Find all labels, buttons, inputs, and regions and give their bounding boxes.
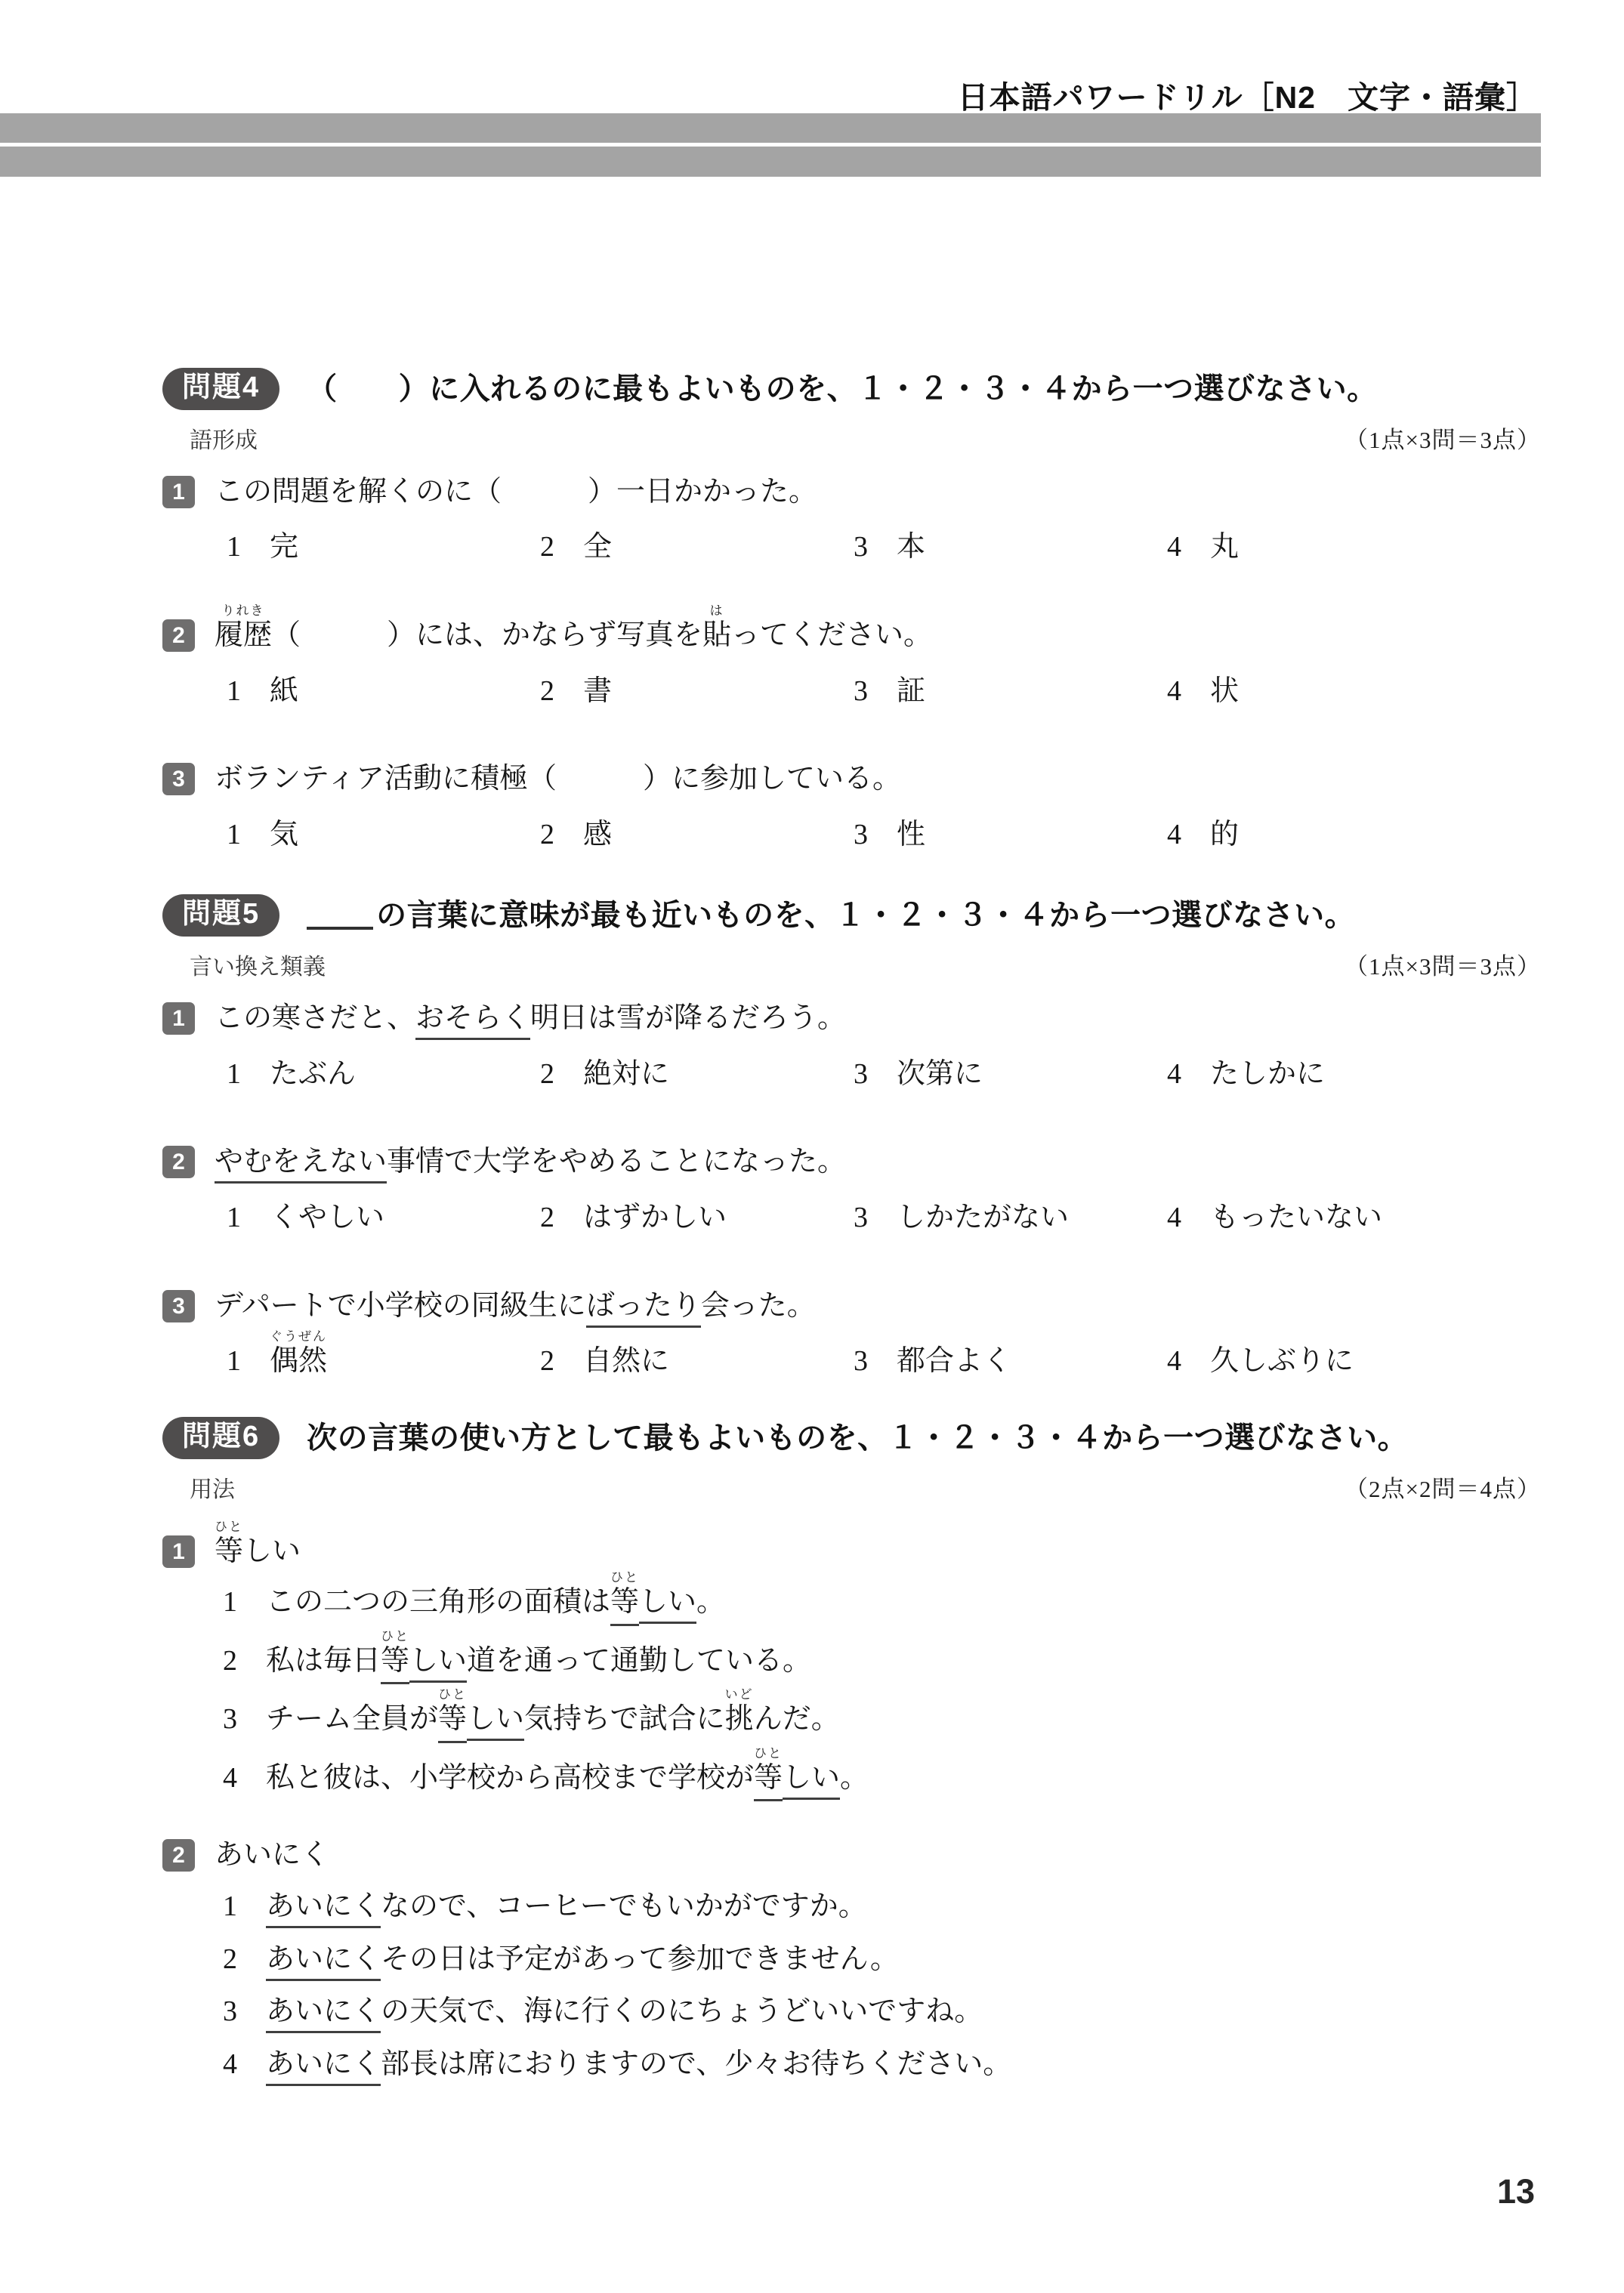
problem-badge: 問題4 — [162, 368, 279, 410]
option-item: 1気 — [227, 818, 540, 853]
option-number: 3 — [854, 1201, 868, 1236]
problem-section-header: 問題6次の言葉の使い方として最もよいものを、１・２・３・４から一つ選びなさい。 — [162, 1417, 1541, 1459]
option-text: 証 — [897, 674, 925, 709]
text-segment: しい — [639, 1586, 696, 1624]
option-text: 気 — [270, 818, 298, 853]
option-number: 1 — [227, 1057, 241, 1092]
option-text: 感 — [583, 818, 612, 853]
text-segment: この問題を解くのに（ ）一日かかった。 — [215, 476, 817, 508]
option-text: 全 — [583, 530, 612, 565]
text-segment: 状 — [1210, 675, 1239, 707]
option-number: 1 — [227, 530, 241, 565]
problem-section: 問題6次の言葉の使い方として最もよいものを、１・２・３・４から一つ選びなさい。用… — [162, 1417, 1541, 2082]
text-segment: くやしい — [270, 1202, 384, 1233]
text-segment: あいにく — [266, 1943, 381, 1981]
question-row: 1この問題を解くのに（ ）一日かかった。 — [162, 474, 1541, 510]
text-segment: この寒さだと、 — [215, 1002, 415, 1034]
text-segment: 明日は雪が降るだろう。 — [530, 1002, 846, 1034]
text-segment: 的 — [1210, 819, 1239, 850]
option-number: 4 — [223, 1761, 237, 1796]
text-segment: しい — [467, 1703, 524, 1741]
option-number: 3 — [223, 1995, 237, 2029]
section-category-label: 言い換え類義 — [190, 948, 326, 981]
options-row: 1紙2書3証4状 — [227, 674, 1541, 709]
text-segment: 絶対に — [583, 1058, 669, 1090]
text-segment: （ ）には、かならず写真を — [272, 619, 702, 651]
text-segment: はずかしい — [583, 1202, 727, 1233]
option-number: 1 — [223, 1890, 237, 1924]
option-number: 2 — [540, 530, 554, 565]
text-segment: の天気で、海に行くのにちょうどいいですね。 — [381, 1995, 983, 2027]
option-item: 2全 — [540, 530, 854, 565]
text-segment: なので、コーヒーでもいかがですか。 — [381, 1890, 867, 1922]
option-number: 3 — [854, 818, 868, 853]
question-block: 3デパートで小学校の同級生にばったり会った。1ぐうぜん偶然2自然に3都合よく4久… — [162, 1288, 1541, 1379]
text-segment: やむをえない — [215, 1146, 387, 1184]
option-text: あいにく部長は席におりますので、少々お待ちください。 — [266, 2048, 1011, 2082]
option-number: 1 — [227, 818, 241, 853]
option-number: 4 — [1167, 1057, 1181, 1092]
question-block: 1この寒さだと、おそらく明日は雪が降るだろう。1たぶん2絶対に3次第に4たしかに — [162, 1001, 1541, 1091]
text-segment: んだ。 — [754, 1703, 840, 1735]
question-block: 2あいにく1あいにくなので、コーヒーでもいかがですか。2あいにくその日は予定があ… — [162, 1838, 1541, 2082]
underline-blank — [307, 904, 373, 930]
text-segment: 次の言葉の使い方として最もよいものを、１・２・３・４から一つ選びなさい。 — [307, 1421, 1408, 1455]
furigana: ぐうぜん — [270, 1330, 327, 1343]
option-number: 3 — [854, 674, 868, 709]
option-text: 丸 — [1210, 530, 1239, 565]
option-text: はずかしい — [583, 1201, 727, 1236]
problem-badge: 問題5 — [162, 894, 279, 937]
option-text: しかたがない — [897, 1201, 1069, 1236]
option-text: 私と彼は、小学校から高校まで学校がひと等しい。 — [266, 1761, 869, 1802]
question-number-badge: 2 — [162, 619, 195, 652]
problem-section-subheader: 言い換え類義（1点×3問＝3点） — [162, 947, 1541, 981]
text-segment: ボランティア活動に積極（ ）に参加している。 — [215, 763, 901, 795]
text-segment: しかたがない — [897, 1202, 1069, 1233]
option-text: チーム全員がひと等しい気持ちで試合にいど挑んだ。 — [266, 1702, 840, 1743]
option-text: 状 — [1210, 674, 1239, 709]
text-segment: りれき履歴 — [215, 619, 272, 653]
option-text: ぐうぜん偶然 — [270, 1344, 327, 1379]
text-segment: 次第に — [897, 1058, 983, 1090]
option-text: 完 — [270, 530, 298, 565]
option-number: 4 — [1167, 1344, 1181, 1379]
text-segment: 都合よく — [897, 1345, 1011, 1377]
sections-container: 問題4（ ）に入れるのに最もよいものを、１・２・３・４から一つ選びなさい。語形成… — [0, 177, 1624, 2082]
text-segment: 。 — [696, 1586, 725, 1618]
header-bar-bottom — [0, 147, 1541, 177]
option-text: あいにくの天気で、海に行くのにちょうどいいですね。 — [266, 1995, 983, 2029]
option-text: あいにくなので、コーヒーでもいかがですか。 — [266, 1890, 867, 1924]
question-stem: りれき履歴（ ）には、かならず写真をは貼ってください。 — [215, 618, 932, 653]
question-row: 3デパートで小学校の同級生にばったり会った。 — [162, 1288, 1541, 1324]
option-number: 2 — [540, 1344, 554, 1379]
option-number: 4 — [1167, 674, 1181, 709]
text-segment: しい — [243, 1535, 301, 1567]
option-text: 絶対に — [583, 1057, 669, 1092]
text-segment: ひと等 — [754, 1761, 783, 1802]
problem-section-subheader: 用法（2点×2問＝4点） — [162, 1470, 1541, 1504]
furigana: ひと — [215, 1520, 243, 1533]
problem-section-header: 問題5の言葉に意味が最も近いものを、１・２・３・４から一つ選びなさい。 — [162, 894, 1541, 937]
text-segment: は貼 — [702, 619, 731, 653]
question-row: 2あいにく — [162, 1838, 1541, 1873]
furigana: ひと — [754, 1747, 783, 1760]
text-segment: 私は毎日 — [266, 1645, 381, 1677]
options-row: 1完2全3本4丸 — [227, 530, 1541, 565]
text-segment: 本 — [897, 531, 925, 563]
furigana: ひと — [381, 1630, 409, 1643]
option-item: 4丸 — [1167, 530, 1541, 565]
page-number: 13 — [1497, 2172, 1535, 2211]
furigana: りれき — [222, 604, 265, 617]
option-item: 4あいにく部長は席におりますので、少々お待ちください。 — [223, 2048, 1541, 2082]
question-stem: あいにく — [215, 1838, 329, 1873]
question-block: 3ボランティア活動に積極（ ）に参加している。1気2感3性4的 — [162, 761, 1541, 852]
option-number: 1 — [227, 1201, 241, 1236]
option-item: 4久しぶりに — [1167, 1344, 1541, 1379]
option-item: 1あいにくなので、コーヒーでもいかがですか。 — [223, 1890, 1541, 1924]
option-number: 3 — [223, 1702, 237, 1737]
option-text: 私は毎日ひと等しい道を通って通勤している。 — [266, 1644, 811, 1685]
section-category-label: 用法 — [190, 1471, 235, 1504]
option-text: 次第に — [897, 1057, 983, 1092]
text-segment: 感 — [583, 819, 612, 850]
text-segment: しい — [783, 1762, 840, 1800]
text-segment: 部長は席におりますので、少々お待ちください。 — [381, 2048, 1011, 2080]
option-text: 久しぶりに — [1210, 1344, 1354, 1379]
text-segment: 。 — [840, 1762, 869, 1794]
header-bar-top — [0, 113, 1541, 143]
option-item: 3証 — [854, 674, 1167, 709]
options-list: 1この二つの三角形の面積はひと等しい。2私は毎日ひと等しい道を通って通勤している… — [223, 1585, 1541, 1801]
option-item: 2絶対に — [540, 1057, 854, 1092]
option-item: 3性 — [854, 818, 1167, 853]
question-block: 2りれき履歴（ ）には、かならず写真をは貼ってください。1紙2書3証4状 — [162, 618, 1541, 708]
question-number-badge: 2 — [162, 1146, 195, 1178]
questions-container: 1この寒さだと、おそらく明日は雪が降るだろう。1たぶん2絶対に3次第に4たしかに… — [162, 1001, 1541, 1379]
text-segment: チーム全員が — [266, 1703, 438, 1735]
text-segment: あいにく — [266, 1995, 381, 2033]
text-segment: 気 — [270, 819, 298, 850]
option-text: 的 — [1210, 818, 1239, 853]
problem-section: 問題4（ ）に入れるのに最もよいものを、１・２・３・４から一つ選びなさい。語形成… — [162, 368, 1541, 852]
options-row: 1気2感3性4的 — [227, 818, 1541, 853]
text-segment: 全 — [583, 531, 612, 563]
option-number: 3 — [854, 1057, 868, 1092]
text-segment: 紙 — [270, 675, 298, 707]
option-text: この二つの三角形の面積はひと等しい。 — [266, 1585, 725, 1626]
option-item: 2自然に — [540, 1344, 854, 1379]
option-text: もったいない — [1210, 1201, 1382, 1236]
question-stem: ひと等しい — [215, 1534, 301, 1569]
option-number: 2 — [223, 1943, 237, 1977]
text-segment: ぐうぜん偶然 — [270, 1344, 327, 1379]
option-item: 3都合よく — [854, 1344, 1167, 1379]
text-segment: あいにく — [266, 1890, 381, 1928]
question-block: 2やむをえない事情で大学をやめることになった。1くやしい2はずかしい3しかたがな… — [162, 1144, 1541, 1235]
text-segment: あいにく — [215, 1839, 329, 1871]
option-item: 2書 — [540, 674, 854, 709]
section-points: （1点×3問＝3点） — [1345, 947, 1541, 981]
option-item: 4私と彼は、小学校から高校まで学校がひと等しい。 — [223, 1761, 1541, 1802]
text-segment: その日は予定があって参加できません。 — [381, 1943, 899, 1975]
option-number: 3 — [854, 1344, 868, 1379]
text-segment: おそらく — [415, 1002, 530, 1040]
text-segment: 性 — [897, 819, 925, 850]
question-row: 2やむをえない事情で大学をやめることになった。 — [162, 1144, 1541, 1180]
option-item: 1完 — [227, 530, 540, 565]
text-segment: 自然に — [583, 1345, 669, 1377]
option-item: 2私は毎日ひと等しい道を通って通勤している。 — [223, 1644, 1541, 1685]
text-segment: しい — [409, 1645, 467, 1683]
page-title: 日本語パワードリル［N2 文字・語彙］ — [958, 80, 1538, 115]
section-category-label: 語形成 — [190, 421, 258, 455]
options-list: 1あいにくなので、コーヒーでもいかがですか。2あいにくその日は予定があって参加で… — [223, 1890, 1541, 2082]
text-segment: たぶん — [270, 1058, 356, 1090]
question-stem: やむをえない事情で大学をやめることになった。 — [215, 1144, 846, 1180]
text-segment: ひと等 — [381, 1644, 409, 1685]
option-text: 性 — [897, 818, 925, 853]
option-item: 3本 — [854, 530, 1167, 565]
option-item: 1この二つの三角形の面積はひと等しい。 — [223, 1585, 1541, 1626]
problem-badge: 問題6 — [162, 1417, 279, 1459]
text-segment: 会った。 — [701, 1290, 816, 1322]
text-segment: ばったり — [586, 1290, 701, 1328]
option-text: 本 — [897, 530, 925, 565]
option-item: 3あいにくの天気で、海に行くのにちょうどいいですね。 — [223, 1995, 1541, 2029]
options-row: 1くやしい2はずかしい3しかたがない4もったいない — [227, 1201, 1541, 1236]
question-stem: この寒さだと、おそらく明日は雪が降るだろう。 — [215, 1001, 846, 1036]
section-points: （1点×3問＝3点） — [1345, 421, 1541, 455]
question-stem: ボランティア活動に積極（ ）に参加している。 — [215, 761, 901, 797]
text-segment: もったいない — [1210, 1202, 1382, 1233]
question-number-badge: 3 — [162, 1290, 195, 1322]
option-number: 2 — [540, 818, 554, 853]
text-segment: の言葉に意味が最も近いものを、１・２・３・４から一つ選びなさい。 — [376, 899, 1355, 932]
question-block: 1この問題を解くのに（ ）一日かかった。1完2全3本4丸 — [162, 474, 1541, 565]
text-segment: 道を通って通勤している。 — [467, 1645, 811, 1677]
text-segment: 私と彼は、小学校から高校まで学校が — [266, 1762, 754, 1794]
question-number-badge: 1 — [162, 1535, 195, 1568]
question-stem: この問題を解くのに（ ）一日かかった。 — [215, 474, 817, 510]
text-segment: 久しぶりに — [1210, 1345, 1354, 1377]
question-number-badge: 3 — [162, 763, 195, 795]
option-number: 2 — [540, 674, 554, 709]
text-segment: 完 — [270, 531, 298, 563]
option-text: あいにくその日は予定があって参加できません。 — [266, 1943, 899, 1977]
option-text: たしかに — [1210, 1057, 1325, 1092]
option-number: 2 — [540, 1057, 554, 1092]
option-text: 都合よく — [897, 1344, 1011, 1379]
option-number: 1 — [227, 674, 241, 709]
question-block: 1ひと等しい1この二つの三角形の面積はひと等しい。2私は毎日ひと等しい道を通って… — [162, 1534, 1541, 1802]
question-row: 3ボランティア活動に積極（ ）に参加している。 — [162, 761, 1541, 797]
option-item: 2はずかしい — [540, 1201, 854, 1236]
question-number-badge: 2 — [162, 1839, 195, 1872]
section-points: （2点×2問＝4点） — [1345, 1470, 1541, 1504]
questions-container: 1この問題を解くのに（ ）一日かかった。1完2全3本4丸2りれき履歴（ ）には、… — [162, 474, 1541, 853]
option-number: 4 — [1167, 818, 1181, 853]
question-row: 1この寒さだと、おそらく明日は雪が降るだろう。 — [162, 1001, 1541, 1036]
problem-instruction: 次の言葉の使い方として最もよいものを、１・２・３・４から一つ選びなさい。 — [307, 1420, 1408, 1456]
option-item: 3次第に — [854, 1057, 1167, 1092]
problem-section-header: 問題4（ ）に入れるのに最もよいものを、１・２・３・４から一つ選びなさい。 — [162, 368, 1541, 410]
text-segment: あいにく — [266, 2048, 381, 2086]
options-row: 1たぶん2絶対に3次第に4たしかに — [227, 1057, 1541, 1092]
option-text: 紙 — [270, 674, 298, 709]
furigana: は — [710, 604, 724, 617]
text-segment: 丸 — [1210, 531, 1239, 563]
options-row: 1ぐうぜん偶然2自然に3都合よく4久しぶりに — [227, 1344, 1541, 1379]
option-number: 4 — [1167, 1201, 1181, 1236]
option-item: 4的 — [1167, 818, 1541, 853]
option-text: くやしい — [270, 1201, 384, 1236]
furigana: いど — [725, 1688, 754, 1701]
option-item: 1ぐうぜん偶然 — [227, 1344, 540, 1379]
question-row: 2りれき履歴（ ）には、かならず写真をは貼ってください。 — [162, 618, 1541, 653]
text-segment: たしかに — [1210, 1058, 1325, 1090]
text-segment: 気持ちで試合に — [524, 1703, 725, 1735]
text-segment: この二つの三角形の面積は — [266, 1586, 610, 1618]
questions-container: 1ひと等しい1この二つの三角形の面積はひと等しい。2私は毎日ひと等しい道を通って… — [162, 1534, 1541, 2082]
text-segment: ひと等 — [610, 1585, 639, 1626]
text-segment: ひと等 — [438, 1702, 467, 1743]
option-item: 4たしかに — [1167, 1057, 1541, 1092]
option-item: 2あいにくその日は予定があって参加できません。 — [223, 1943, 1541, 1977]
option-item: 4もったいない — [1167, 1201, 1541, 1236]
option-item: 2感 — [540, 818, 854, 853]
text-segment: ひと等 — [215, 1535, 243, 1569]
text-segment: 書 — [583, 675, 612, 707]
option-item: 3チーム全員がひと等しい気持ちで試合にいど挑んだ。 — [223, 1702, 1541, 1743]
text-segment: 証 — [897, 675, 925, 707]
option-item: 1たぶん — [227, 1057, 540, 1092]
option-item: 1くやしい — [227, 1201, 540, 1236]
text-segment: いど挑 — [725, 1702, 754, 1737]
question-number-badge: 1 — [162, 476, 195, 508]
furigana: ひと — [610, 1571, 639, 1584]
question-stem: デパートで小学校の同級生にばったり会った。 — [215, 1288, 816, 1324]
text-segment: ってください。 — [731, 619, 932, 651]
option-text: たぶん — [270, 1057, 356, 1092]
option-number: 1 — [223, 1585, 237, 1620]
option-number: 4 — [1167, 530, 1181, 565]
text-segment: デパートで小学校の同級生に — [215, 1290, 586, 1322]
text-segment: 事情で大学をやめることになった。 — [387, 1146, 846, 1177]
problem-section-subheader: 語形成（1点×3問＝3点） — [162, 421, 1541, 455]
page-header: 日本語パワードリル［N2 文字・語彙］ — [958, 73, 1538, 117]
problem-section: 問題5の言葉に意味が最も近いものを、１・２・３・４から一つ選びなさい。言い換え類… — [162, 894, 1541, 1378]
option-item: 4状 — [1167, 674, 1541, 709]
option-number: 1 — [227, 1344, 241, 1379]
option-number: 4 — [223, 2048, 237, 2082]
problem-instruction: の言葉に意味が最も近いものを、１・２・３・４から一つ選びなさい。 — [307, 897, 1355, 934]
question-number-badge: 1 — [162, 1002, 195, 1035]
option-number: 3 — [854, 530, 868, 565]
option-item: 3しかたがない — [854, 1201, 1167, 1236]
question-row: 1ひと等しい — [162, 1534, 1541, 1569]
option-number: 2 — [540, 1201, 554, 1236]
furigana: ひと — [438, 1688, 467, 1701]
option-item: 1紙 — [227, 674, 540, 709]
problem-instruction: （ ）に入れるのに最もよいものを、１・２・３・４から一つ選びなさい。 — [307, 371, 1378, 407]
option-text: 自然に — [583, 1344, 669, 1379]
option-text: 書 — [583, 674, 612, 709]
option-number: 2 — [223, 1644, 237, 1679]
text-segment: （ ）に入れるのに最もよいものを、１・２・３・４から一つ選びなさい。 — [307, 372, 1378, 406]
